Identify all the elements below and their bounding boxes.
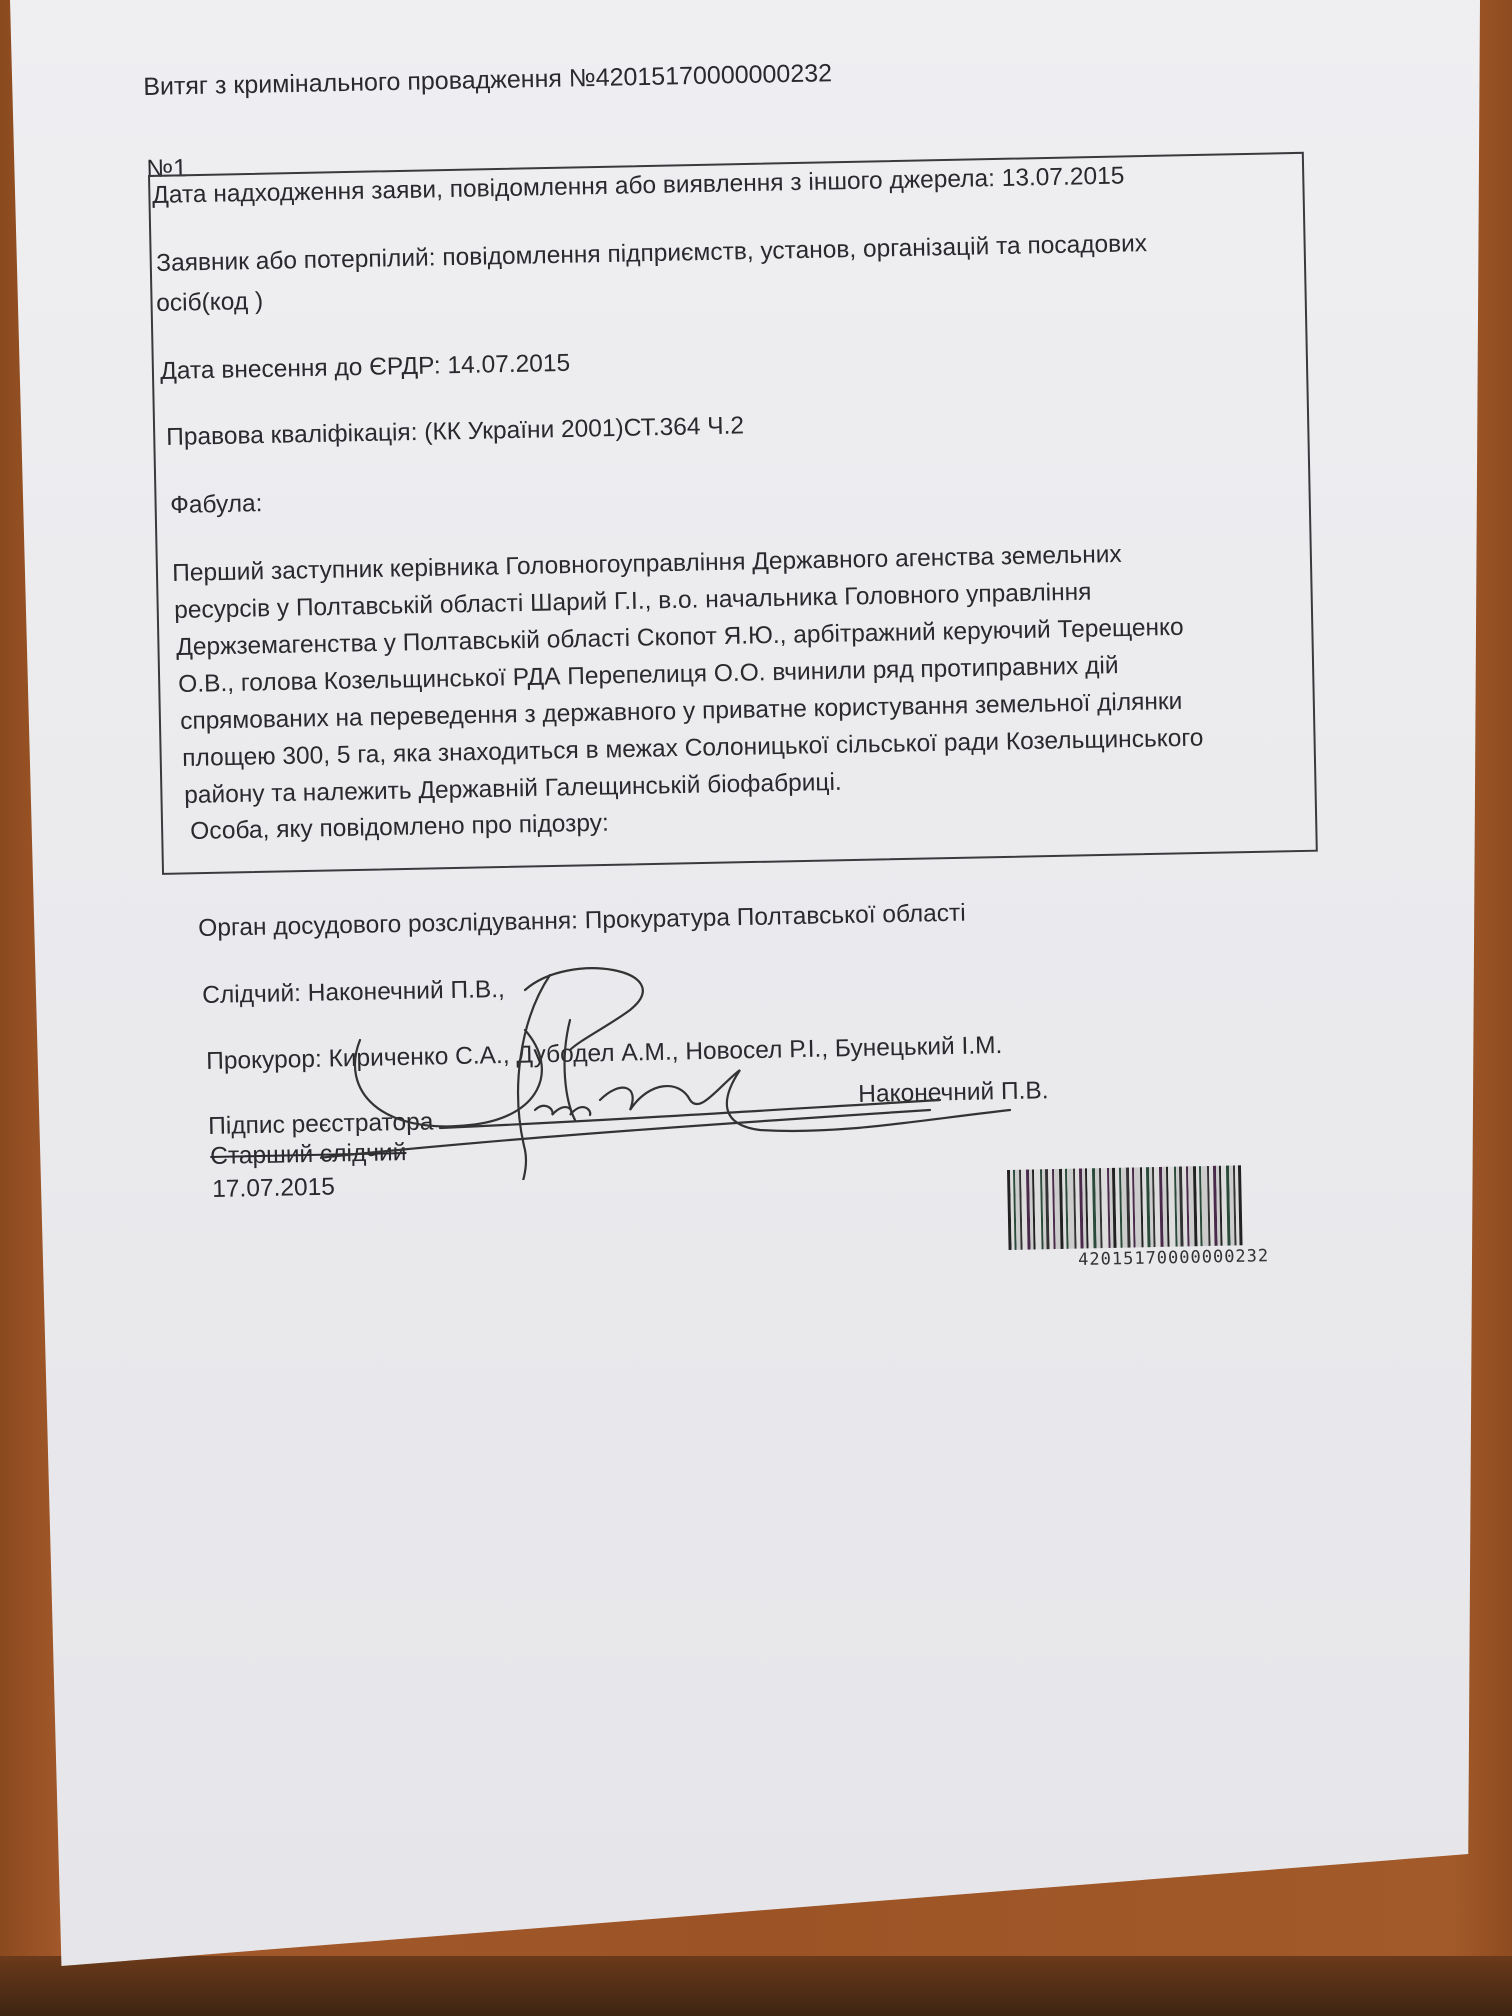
signed-date: 17.07.2015 bbox=[212, 1174, 335, 1204]
barcode bbox=[1007, 1163, 1334, 1250]
barcode-number: 42015170000000232 bbox=[1078, 1246, 1269, 1270]
document-title: Витяг з кримінального провадження №42015… bbox=[143, 59, 832, 102]
document: Витяг з кримінального провадження №42015… bbox=[0, 0, 1512, 2016]
investigation-body: Орган досудового розслідування: Прокурат… bbox=[198, 900, 966, 943]
handwritten-signature-icon bbox=[320, 960, 1040, 1180]
applicant-line-2: осіб(код ) bbox=[156, 288, 263, 318]
fabula-label: Фабула: bbox=[170, 490, 263, 520]
